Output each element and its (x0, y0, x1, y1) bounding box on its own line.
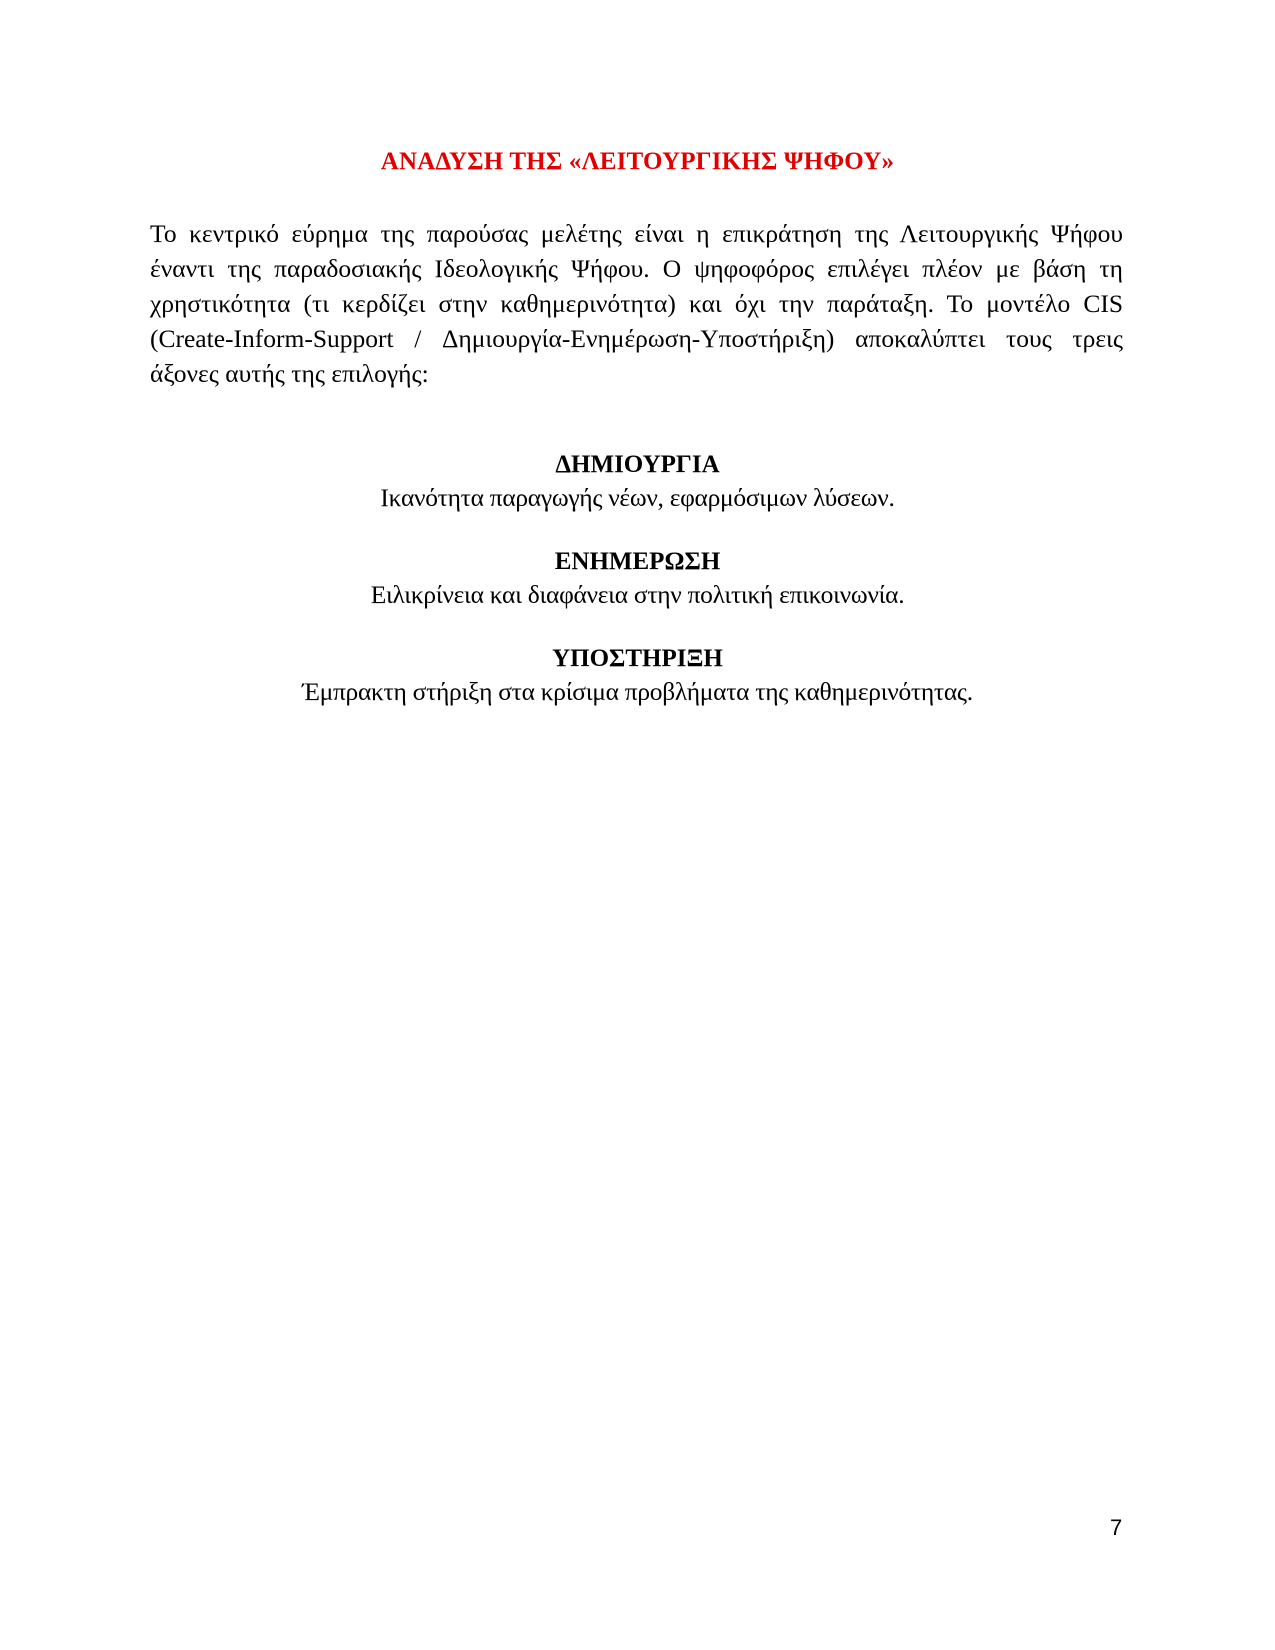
axis-heading: ΥΠΟΣΤΗΡΙΞΗ (0, 642, 1275, 675)
cis-axes-list: ΔΗΜΙΟΥΡΓΙΑ Ικανότητα παραγωγής νέων, εφα… (0, 448, 1275, 739)
axis-heading: ΔΗΜΙΟΥΡΓΙΑ (0, 448, 1275, 481)
axis-inform: ΕΝΗΜΕΡΩΣΗ Ειλικρίνεια και διαφάνεια στην… (0, 545, 1275, 612)
axis-description: Έμπρακτη στήριξη στα κρίσιμα προβλήματα … (0, 675, 1275, 709)
axis-support: ΥΠΟΣΤΗΡΙΞΗ Έμπρακτη στήριξη στα κρίσιμα … (0, 642, 1275, 709)
axis-create: ΔΗΜΙΟΥΡΓΙΑ Ικανότητα παραγωγής νέων, εφα… (0, 448, 1275, 515)
intro-paragraph: Το κεντρικό εύρημα της παρούσας μελέτης … (150, 216, 1123, 391)
page-number: 7 (1110, 1515, 1122, 1541)
axis-description: Ειλικρίνεια και διαφάνεια στην πολιτική … (0, 578, 1275, 612)
axis-heading: ΕΝΗΜΕΡΩΣΗ (0, 545, 1275, 578)
axis-description: Ικανότητα παραγωγής νέων, εφαρμόσιμων λύ… (0, 481, 1275, 515)
section-title: ΑΝΑΔΥΣΗ ΤΗΣ «ΛΕΙΤΟΥΡΓΙΚΗΣ ΨΗΦΟΥ» (0, 148, 1275, 176)
